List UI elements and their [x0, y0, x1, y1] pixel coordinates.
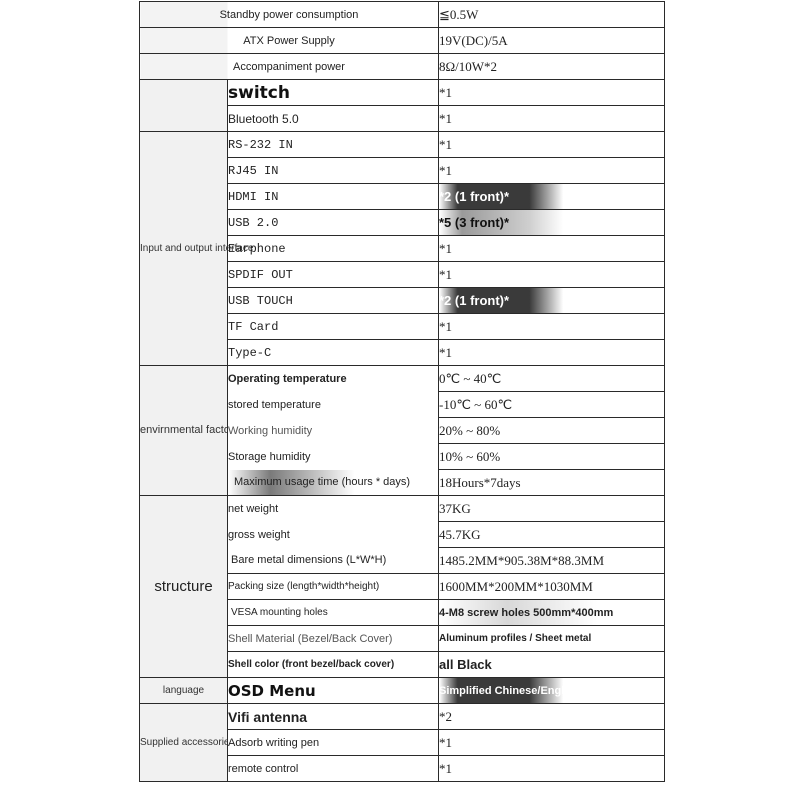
- spec-label: SPDIF OUT: [228, 262, 439, 288]
- spec-label: Adsorb writing pen: [228, 730, 439, 756]
- spec-value: *1: [439, 314, 665, 340]
- spec-label: Storage humidity: [228, 444, 439, 470]
- spec-label: Shell color (front bezel/back cover): [228, 652, 439, 678]
- spec-label: RS-232 IN: [228, 132, 439, 158]
- spec-label: Bluetooth 5.0: [228, 106, 439, 132]
- table-row: structure net weight 37KG: [140, 496, 665, 522]
- group-cell-blank: [140, 80, 228, 106]
- spec-value: 45.7KG: [439, 522, 665, 548]
- spec-label: RJ45 IN: [228, 158, 439, 184]
- spec-value: 18Hours*7days: [439, 470, 665, 496]
- group-language: language: [140, 678, 228, 704]
- spec-value: *1: [439, 80, 665, 106]
- spec-value: *1: [439, 730, 665, 756]
- group-io: Input and output interface: [140, 132, 228, 366]
- spec-value: -10℃ ~ 60℃: [439, 392, 665, 418]
- spec-label: TF Card: [228, 314, 439, 340]
- spec-value: 8Ω/10W*2: [439, 54, 665, 80]
- group-environment: envirnmental factor: [140, 366, 228, 496]
- table-row: switch *1: [140, 80, 665, 106]
- spec-label: ATX Power Supply: [140, 28, 439, 54]
- table-row: Bluetooth 5.0 *1: [140, 106, 665, 132]
- spec-value: *5 (3 front)*: [439, 210, 665, 236]
- spec-label: USB TOUCH: [228, 288, 439, 314]
- spec-value: *1: [439, 340, 665, 366]
- spec-value: 10% ~ 60%: [439, 444, 665, 470]
- spec-label: USB 2.0: [228, 210, 439, 236]
- spec-value: 37KG: [439, 496, 665, 522]
- spec-label: Shell Material (Bezel/Back Cover): [228, 626, 439, 652]
- spec-label: HDMI IN: [228, 184, 439, 210]
- table-row: envirnmental factor Operating temperatur…: [140, 366, 665, 392]
- spec-label: Maximum usage time (hours * days): [228, 470, 439, 496]
- table-row: Input and output interface RS-232 IN *1: [140, 132, 665, 158]
- spec-value: *1: [439, 236, 665, 262]
- spec-label: gross weight: [228, 522, 439, 548]
- spec-label: Earphone: [228, 236, 439, 262]
- group-cell-blank: [140, 106, 228, 132]
- spec-label: Accompaniment power: [140, 54, 439, 80]
- spec-label: OSD Menu: [228, 678, 439, 704]
- spec-label: VESA mounting holes: [228, 600, 439, 626]
- spec-value: 1600MM*200MM*1030MM: [439, 574, 665, 600]
- table-row: Accompaniment power 8Ω/10W*2: [140, 54, 665, 80]
- spec-value: *2: [439, 704, 665, 730]
- group-accessories: Supplied accessories: [140, 704, 228, 782]
- spec-label: switch: [228, 80, 439, 106]
- spec-value: Simplified Chinese/English...10+ languag…: [439, 678, 665, 704]
- spec-value: 0℃ ~ 40℃: [439, 366, 665, 392]
- spec-label: Bare metal dimensions (L*W*H): [228, 548, 439, 574]
- spec-value: *1: [439, 158, 665, 184]
- group-structure: structure: [140, 496, 228, 678]
- spec-value: all Black: [439, 652, 665, 678]
- table-row: Supplied accessories Vifi antenna *2: [140, 704, 665, 730]
- spec-value: *1: [439, 106, 665, 132]
- spec-label: remote control: [228, 756, 439, 782]
- spec-label: net weight: [228, 496, 439, 522]
- spec-label: Type-C: [228, 340, 439, 366]
- spec-label: Vifi antenna: [228, 704, 439, 730]
- table-row: language OSD Menu Simplified Chinese/Eng…: [140, 678, 665, 704]
- spec-value: *2 (1 front)*: [439, 288, 665, 314]
- spec-value: Aluminum profiles / Sheet metal: [439, 626, 665, 652]
- spec-value: *1: [439, 262, 665, 288]
- table-row: ATX Power Supply 19V(DC)/5A: [140, 28, 665, 54]
- spec-label: stored temperature: [228, 392, 439, 418]
- spec-value: 4-M8 screw holes 500mm*400mm: [439, 600, 665, 626]
- spec-label: Standby power consumption: [140, 2, 439, 28]
- spec-label: Operating temperature: [228, 366, 439, 392]
- spec-table: Standby power consumption ≦0.5W ATX Powe…: [139, 1, 665, 782]
- spec-label: Working humidity: [228, 418, 439, 444]
- spec-value: *1: [439, 132, 665, 158]
- spec-value: 20% ~ 80%: [439, 418, 665, 444]
- table-row: Standby power consumption ≦0.5W: [140, 2, 665, 28]
- spec-label: Packing size (length*width*height): [228, 574, 439, 600]
- spec-value: *2 (1 front)*: [439, 184, 665, 210]
- spec-value: 19V(DC)/5A: [439, 28, 665, 54]
- spec-value: *1: [439, 756, 665, 782]
- spec-value: 1485.2MM*905.38M*88.3MM: [439, 548, 665, 574]
- spec-value: ≦0.5W: [439, 2, 665, 28]
